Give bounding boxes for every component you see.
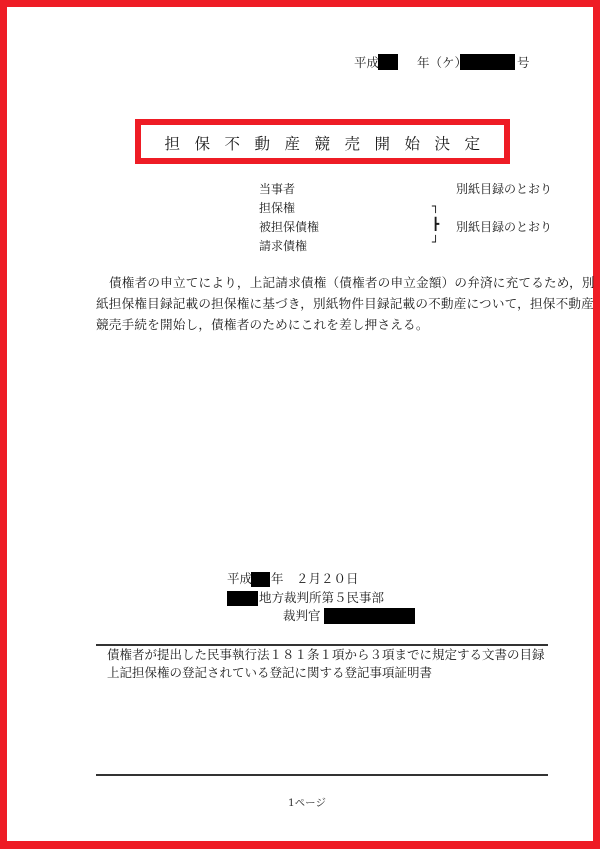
- signature-date: 年 ２月２０日: [271, 571, 359, 587]
- redaction-date-year: [251, 572, 270, 587]
- bracket-middle-icon: ┣: [432, 217, 439, 231]
- redaction-court-name: [227, 591, 258, 606]
- title-highlight-box: 担保不動産競売開始決定: [135, 119, 510, 164]
- body-line-2: 紙担保権目録記載の担保権に基づき，別紙物件目録記載の不動産について，担保不動産: [96, 293, 556, 314]
- bracket-bottom-icon: ┘: [432, 235, 439, 249]
- case-suffix: 号: [517, 53, 530, 71]
- attachment-item-2: 上記担保権の登記されている登記に関する登記事項証明書: [107, 665, 432, 681]
- attachment-item-1: 債権者が提出した民事執行法１８１条１項から３項までに規定する文書の目録: [107, 647, 545, 663]
- signature-court: 地方裁判所第５民事部: [259, 590, 384, 606]
- bracket-top-icon: ┐: [432, 199, 439, 213]
- party-label-tanpoken: 担保権: [259, 199, 295, 216]
- document-title: 担保不動産競売開始決定: [141, 132, 504, 154]
- case-era: 平成: [354, 53, 379, 71]
- signature-date-era: 平成: [227, 571, 252, 587]
- party-label-seikyu-saiken: 請求債権: [259, 237, 307, 254]
- party-label-hitanpo-saiken: 被担保債権: [259, 218, 319, 235]
- body-line-1: 債権者の申立てにより，上記請求債権（債権者の申立金額）の弁済に充てるため，別: [96, 272, 556, 293]
- body-paragraph: 債権者の申立てにより，上記請求債権（債権者の申立金額）の弁済に充てるため，別 紙…: [96, 272, 556, 335]
- signature-judge-label: 裁判官: [283, 608, 321, 624]
- redaction-case-number: [460, 54, 515, 70]
- separator-bottom: [96, 774, 548, 776]
- page-number: 1ページ: [288, 795, 326, 810]
- party-label-tojisha: 当事者: [259, 180, 295, 197]
- redaction-judge-name: [324, 608, 415, 624]
- party-value-tojisha: 別紙目録のとおり: [456, 180, 552, 197]
- separator-top: [96, 644, 548, 646]
- body-line-3: 競売手続を開始し，債権者のためにこれを差し押さえる。: [96, 314, 556, 335]
- party-value-hitanpo-saiken: 別紙目録のとおり: [456, 218, 552, 235]
- redaction-year: [378, 54, 398, 70]
